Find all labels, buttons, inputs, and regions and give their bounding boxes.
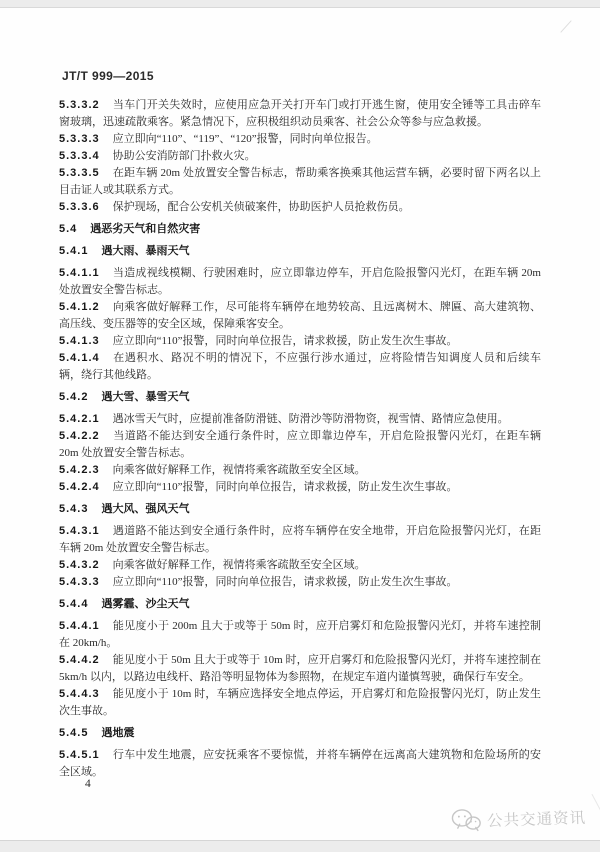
section-heading: 5.4.3遇大风、强风天气 (59, 501, 541, 518)
heading-text: 遇大雨、暴雨天气 (101, 245, 189, 257)
clause-paragraph: 5.4.1.3应立即向“110”报警，同时向单位报告，请求救援，防止发生次生事故… (59, 333, 541, 350)
clause-paragraph: 5.4.3.3应立即向“110”报警，同时向单位报告，请求救援，防止发生次生事故… (59, 574, 541, 591)
clause-number: 5.3.3.2 (59, 99, 100, 111)
scan-edge-bottom (0, 840, 600, 852)
clause-number: 5.3.3.5 (59, 167, 100, 179)
heading-text: 遇大风、强风天气 (101, 503, 189, 515)
clause-number: 5.4.4.2 (59, 654, 100, 666)
clause-text: 应立即向“110”报警，同时向单位报告，请求救援，防止发生次生事故。 (113, 335, 458, 347)
clause-number: 5.4.3 (59, 503, 88, 515)
clause-text: 向乘客做好解释工作，视情将乘客疏散至安全区域。 (113, 464, 366, 476)
clause-text: 向乘客做好解释工作，视情将乘客疏散至安全区域。 (113, 559, 366, 571)
clause-paragraph: 5.4.4.3能见度小于 10m 时，车辆应选择安全地点停运，开启雾灯和危险报警… (59, 686, 541, 720)
clause-paragraph: 5.3.3.5在距车辆 20m 处放置安全警告标志，帮助乘客换乘其他运营车辆，必… (59, 165, 541, 199)
clause-paragraph: 5.3.3.6保护现场，配合公安机关侦破案件，协助医护人员抢救伤员。 (59, 199, 541, 216)
clause-paragraph: 5.4.2.3向乘客做好解释工作，视情将乘客疏散至安全区域。 (59, 462, 541, 479)
clause-text: 当道路不能达到安全通行条件时，应立即靠边停车，开启危险报警闪光灯，在距车辆 20… (59, 430, 541, 459)
clause-number: 5.4.4.3 (59, 688, 100, 700)
section-heading: 5.4遇恶劣天气和自然灾害 (59, 221, 541, 238)
clause-number: 5.4.1.1 (59, 267, 100, 279)
clause-text: 能见度小于 50m 且大于或等于 10m 时，应开启雾灯和危险报警闪光灯，并将车… (59, 654, 541, 683)
clause-text: 能见度小于 200m 且大于或等于 50m 时，应开启雾灯和危险报警闪光灯，并将… (59, 620, 541, 649)
clause-number: 5.4.2 (59, 391, 88, 403)
scan-artifact (591, 794, 600, 817)
section-heading: 5.4.2遇大雪、暴雪天气 (59, 389, 541, 406)
clause-paragraph: 5.4.3.1遇道路不能达到安全通行条件时，应将车辆停在安全地带，开启危险报警闪… (59, 523, 541, 557)
clause-number: 5.4.3.2 (59, 559, 100, 571)
clause-text: 行车中发生地震，应安抚乘客不要惊慌，并将车辆停在远离高大建筑物和危险场所的安全区… (59, 749, 541, 778)
clause-number: 5.3.3.6 (59, 201, 100, 213)
clause-number: 5.4.2.1 (59, 413, 100, 425)
section-heading: 5.4.4遇雾霾、沙尘天气 (59, 596, 541, 613)
clause-text: 协助公安消防部门扑救火灾。 (113, 150, 256, 162)
clause-paragraph: 5.4.1.1当造成视线模糊、行驶困难时，应立即靠边停车，开启危险报警闪光灯，在… (59, 265, 541, 299)
clause-number: 5.4.2.3 (59, 464, 100, 476)
clause-paragraph: 5.4.2.4应立即向“110”报警，同时向单位报告，请求救援，防止发生次生事故… (59, 479, 541, 496)
page-number: 4 (85, 778, 91, 790)
clause-number: 5.4 (59, 223, 77, 235)
clause-text: 遇冰雪天气时，应提前准备防滑链、防滑沙等防滑物资，视雪情、路情应急使用。 (113, 413, 509, 425)
clause-text: 遇道路不能达到安全通行条件时，应将车辆停在安全地带，开启危险报警闪光灯，在距车辆… (59, 525, 541, 554)
section-heading: 5.4.5遇地震 (59, 725, 541, 742)
clause-text: 能见度小于 10m 时，车辆应选择安全地点停运，开启雾灯和危险报警闪光灯，防止发… (59, 688, 541, 717)
clause-paragraph: 5.3.3.4协助公安消防部门扑救火灾。 (59, 148, 541, 165)
clause-number: 5.3.3.4 (59, 150, 100, 162)
clause-paragraph: 5.4.3.2向乘客做好解释工作，视情将乘客疏散至安全区域。 (59, 557, 541, 574)
clause-paragraph: 5.4.1.2向乘客做好解释工作，尽可能将车辆停在地势较高、且远离树木、牌匾、高… (59, 299, 541, 333)
scan-artifact (560, 20, 571, 33)
clause-text: 保护现场，配合公安机关侦破案件，协助医护人员抢救伤员。 (113, 201, 410, 213)
clause-text: 当造成视线模糊、行驶困难时，应立即靠边停车，开启危险报警闪光灯，在距车辆 20m… (59, 267, 541, 296)
clause-number: 5.4.2.2 (59, 430, 100, 442)
clause-text: 向乘客做好解释工作，尽可能将车辆停在地势较高、且远离树木、牌匾、高大建筑物、高压… (59, 301, 541, 330)
clause-number: 5.4.1.4 (59, 352, 100, 364)
clause-paragraph: 5.3.3.3应立即向“110”、“119”、“120”报警，同时向单位报告。 (59, 131, 541, 148)
clause-paragraph: 5.4.2.2当道路不能达到安全通行条件时，应立即靠边停车，开启危险报警闪光灯，… (59, 428, 541, 462)
section-heading: 5.4.1遇大雨、暴雨天气 (59, 243, 541, 260)
heading-text: 遇雾霾、沙尘天气 (101, 598, 189, 610)
clause-number: 5.4.5.1 (59, 749, 100, 761)
clause-paragraph: 5.4.5.1行车中发生地震，应安抚乘客不要惊慌，并将车辆停在远离高大建筑物和危… (59, 747, 541, 781)
clause-paragraph: 5.4.2.1遇冰雪天气时，应提前准备防滑链、防滑沙等防滑物资，视雪情、路情应急… (59, 411, 541, 428)
clause-paragraph: 5.4.4.2能见度小于 50m 且大于或等于 10m 时，应开启雾灯和危险报警… (59, 652, 541, 686)
clause-number: 5.4.1.3 (59, 335, 100, 347)
clause-number: 5.4.1 (59, 245, 88, 257)
clause-number: 5.4.5 (59, 727, 88, 739)
clause-number: 5.4.4 (59, 598, 88, 610)
clause-paragraph: 5.4.4.1能见度小于 200m 且大于或等于 50m 时，应开启雾灯和危险报… (59, 618, 541, 652)
clause-text: 当车门开关失效时，应使用应急开关打开车门或打开逃生窗，使用安全锤等工具击碎车窗玻… (59, 99, 541, 128)
clause-number: 5.4.3.1 (59, 525, 100, 537)
clause-text: 应立即向“110”报警，同时向单位报告，请求救援，防止发生次生事故。 (113, 576, 458, 588)
wechat-icon (451, 807, 482, 833)
document-body: 5.3.3.2当车门开关失效时，应使用应急开关打开车门或打开逃生窗，使用安全锤等… (59, 0, 541, 781)
scanned-page: JT/T 999—2015 5.3.3.2当车门开关失效时，应使用应急开关打开车… (0, 0, 600, 852)
clause-number: 5.4.4.1 (59, 620, 100, 632)
heading-text: 遇大雪、暴雪天气 (101, 391, 189, 403)
clause-number: 5.4.3.3 (59, 576, 100, 588)
clause-text: 在遇积水、路况不明的情况下，不应强行涉水通过，应将险情告知调度人员和后续车辆，绕… (59, 352, 541, 381)
clause-number: 5.4.2.4 (59, 481, 100, 493)
clause-number: 5.4.1.2 (59, 301, 100, 313)
clause-text: 在距车辆 20m 处放置安全警告标志，帮助乘客换乘其他运营车辆，必要时留下两名以… (59, 167, 541, 196)
heading-text: 遇恶劣天气和自然灾害 (90, 223, 200, 235)
clause-paragraph: 5.3.3.2当车门开关失效时，应使用应急开关打开车门或打开逃生窗，使用安全锤等… (59, 97, 541, 131)
watermark-text: 公共交通资讯 (487, 805, 587, 830)
clause-text: 应立即向“110”报警，同时向单位报告，请求救援，防止发生次生事故。 (113, 481, 458, 493)
watermark: 公共交通资讯 (451, 804, 587, 834)
clause-paragraph: 5.4.1.4在遇积水、路况不明的情况下，不应强行涉水通过，应将险情告知调度人员… (59, 350, 541, 384)
clause-text: 应立即向“110”、“119”、“120”报警，同时向单位报告。 (113, 133, 378, 145)
heading-text: 遇地震 (101, 727, 134, 739)
clause-number: 5.3.3.3 (59, 133, 100, 145)
